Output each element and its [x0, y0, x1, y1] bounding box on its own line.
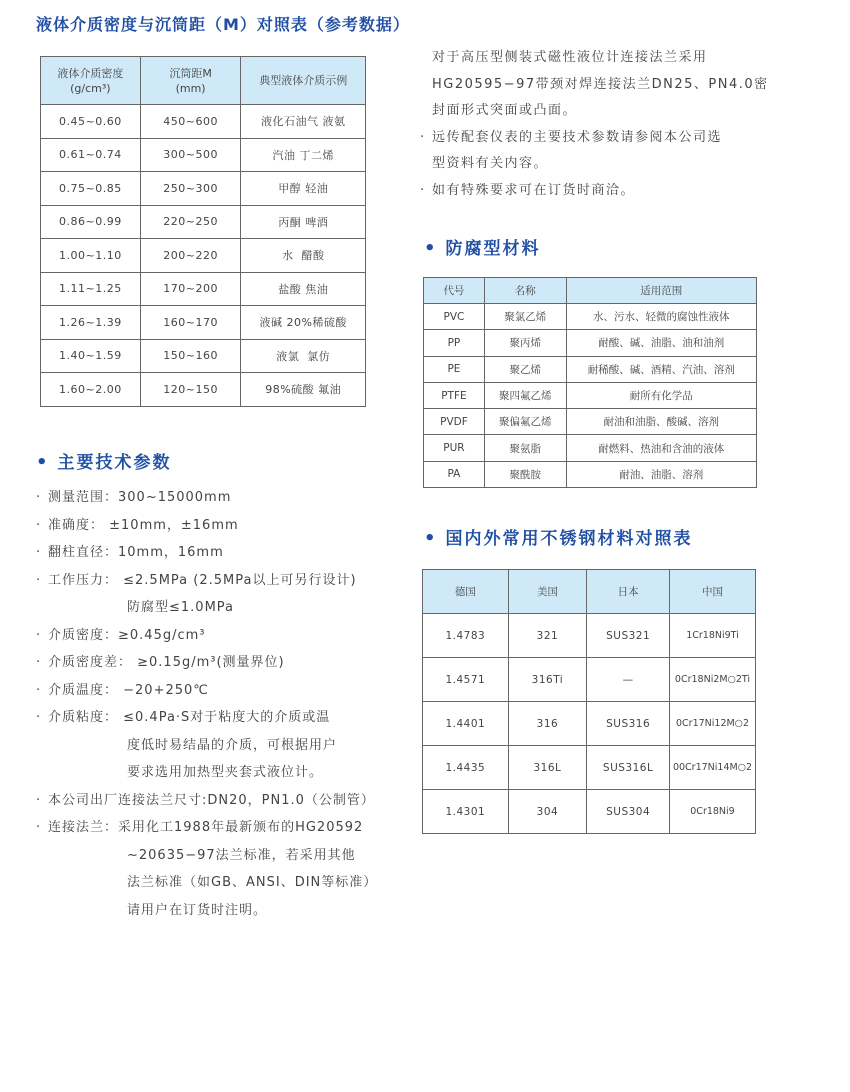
- bullet-icon: •: [36, 452, 50, 473]
- steel-section-title: 国内外常用不锈钢材料对照表: [446, 529, 693, 549]
- right-notes: 对于高压型侧装式磁性液位计连接法兰采用 HG20595−97带颈对焊连接法兰DN…: [420, 48, 800, 207]
- cell-scope: 耐酸、碱、油脂、油和油剂: [566, 330, 756, 356]
- density-table: 液体介质密度 (g/cm³) 沉筒距M (mm) 典型液体介质示例 0.45~0…: [40, 56, 366, 407]
- cell-code: PP: [424, 330, 485, 356]
- table-row: 1.60~2.00120~15098%硫酸 氟油: [41, 373, 366, 407]
- anti-section-title: 防腐型材料: [446, 239, 541, 259]
- table-row: 0.61~0.74300~500汽油 丁二烯: [41, 138, 366, 172]
- table-row: PVDF聚偏氟乙烯耐油和油脂、酸碱、溶剂: [424, 409, 757, 435]
- table-row: 1.26~1.39160~170液碱 20%稀硫酸: [41, 306, 366, 340]
- table-row: 1.4571316Ti—0Cr18Ni2M○2Ti: [423, 658, 756, 702]
- header-japan: 日本: [587, 570, 670, 614]
- cell-usa: 304: [508, 790, 587, 834]
- density-table-header: 液体介质密度 (g/cm³) 沉筒距M (mm) 典型液体介质示例: [41, 57, 366, 105]
- cell-example: 甲醇 轻油: [241, 172, 366, 206]
- cell-distance: 220~250: [140, 205, 241, 239]
- cell-code: PUR: [424, 435, 485, 461]
- table-row: 1.40~1.59150~160液氯 氯仿: [41, 339, 366, 373]
- table-row: PTFE聚四氟乙烯耐所有化学品: [424, 382, 757, 408]
- cell-japan: SUS321: [587, 614, 670, 658]
- note-line: ·如有特殊要求可在订货时商洽。: [420, 181, 800, 208]
- param-line: 防腐型≤1.0MPa: [36, 598, 406, 626]
- table-row: 0.45~0.60450~600液化石油气 液氨: [41, 105, 366, 139]
- cell-name: 聚酰胺: [484, 461, 566, 487]
- header-germany: 德国: [423, 570, 509, 614]
- header-example: 典型液体介质示例: [241, 57, 366, 105]
- cell-density: 0.61~0.74: [41, 138, 141, 172]
- param-line: ·介质密度差： ≥0.15g/m³(测量界位): [36, 653, 406, 681]
- param-line: ·连接法兰：采用化工1988年最新颁布的HG20592: [36, 818, 406, 846]
- cell-china: 0Cr17Ni12M○2: [670, 702, 756, 746]
- cell-example: 液化石油气 液氨: [241, 105, 366, 139]
- header-scope: 适用范围: [566, 278, 756, 304]
- cell-density: 1.26~1.39: [41, 306, 141, 340]
- param-line: ·介质粘度： ≤0.4Pa·S对于粘度大的介质或温: [36, 708, 406, 736]
- cell-usa: 316L: [508, 746, 587, 790]
- table-row: 1.4401316SUS3160Cr17Ni12M○2: [423, 702, 756, 746]
- cell-code: PVDF: [424, 409, 485, 435]
- param-line: 法兰标准（如GB、ANSI、DIN等标准）: [36, 873, 406, 901]
- cell-example: 水 醋酸: [241, 239, 366, 273]
- params-section-heading: •主要技术参数: [36, 448, 172, 473]
- cell-distance: 250~300: [140, 172, 241, 206]
- cell-usa: 321: [508, 614, 587, 658]
- cell-density: 0.45~0.60: [41, 105, 141, 139]
- anti-corrosion-table: 代号 名称 适用范围 PVC聚氯乙烯水、污水、轻微的腐蚀性液体 PP聚丙烯耐酸、…: [423, 277, 757, 488]
- cell-density: 1.11~1.25: [41, 272, 141, 306]
- note-line: ·远传配套仪表的主要技术参数请参阅本公司选: [420, 128, 800, 155]
- param-line: ·测量范围：300~15000mm: [36, 488, 406, 516]
- cell-example: 98%硫酸 氟油: [241, 373, 366, 407]
- param-line: 度低时易结晶的介质，可根据用户: [36, 736, 406, 764]
- param-line: ·工作压力： ≤2.5MPa (2.5MPa以上可另行设计): [36, 571, 406, 599]
- param-line: ·翻柱直径：10mm，16mm: [36, 543, 406, 571]
- note-line: 封面形式突面或凸面。: [420, 101, 800, 128]
- param-line: 请用户在订货时注明。: [36, 901, 406, 929]
- param-line: ~20635−97法兰标准，若采用其他: [36, 846, 406, 874]
- cell-density: 0.86~0.99: [41, 205, 141, 239]
- cell-code: PA: [424, 461, 485, 487]
- table-row: 0.75~0.85250~300甲醇 轻油: [41, 172, 366, 206]
- header-usa: 美国: [508, 570, 587, 614]
- note-line: HG20595−97带颈对焊连接法兰DN25、PN4.0密: [420, 75, 800, 102]
- cell-example: 汽油 丁二烯: [241, 138, 366, 172]
- cell-china: 0Cr18Ni9: [670, 790, 756, 834]
- table-row: 1.00~1.10200~220水 醋酸: [41, 239, 366, 273]
- bullet-icon: •: [424, 528, 438, 549]
- params-list: ·测量范围：300~15000mm ·准确度： ±10mm，±16mm ·翻柱直…: [36, 488, 406, 928]
- cell-example: 丙酮 啤酒: [241, 205, 366, 239]
- cell-china: 1Cr18Ni9Ti: [670, 614, 756, 658]
- table-row: 0.86~0.99220~250丙酮 啤酒: [41, 205, 366, 239]
- cell-distance: 170~200: [140, 272, 241, 306]
- cell-germany: 1.4783: [423, 614, 509, 658]
- cell-density: 1.60~2.00: [41, 373, 141, 407]
- steel-section-heading: •国内外常用不锈钢材料对照表: [424, 524, 693, 549]
- table-row: 1.11~1.25170~200盐酸 焦油: [41, 272, 366, 306]
- cell-distance: 200~220: [140, 239, 241, 273]
- cell-germany: 1.4435: [423, 746, 509, 790]
- cell-usa: 316Ti: [508, 658, 587, 702]
- anti-section-heading: •防腐型材料: [424, 234, 541, 259]
- note-line: 对于高压型侧装式磁性液位计连接法兰采用: [420, 48, 800, 75]
- param-line: ·准确度： ±10mm，±16mm: [36, 516, 406, 544]
- cell-example: 液氯 氯仿: [241, 339, 366, 373]
- cell-code: PE: [424, 356, 485, 382]
- note-line: 型资料有关内容。: [420, 154, 800, 181]
- cell-distance: 120~150: [140, 373, 241, 407]
- table-row: PVC聚氯乙烯水、污水、轻微的腐蚀性液体: [424, 304, 757, 330]
- cell-name: 聚氨脂: [484, 435, 566, 461]
- cell-scope: 耐所有化学品: [566, 382, 756, 408]
- param-line: ·介质密度：≥0.45g/cm³: [36, 626, 406, 654]
- cell-name: 聚四氟乙烯: [484, 382, 566, 408]
- cell-density: 0.75~0.85: [41, 172, 141, 206]
- table-row: PA聚酰胺耐油、油脂、溶剂: [424, 461, 757, 487]
- cell-germany: 1.4571: [423, 658, 509, 702]
- cell-china: 00Cr17Ni14M○2: [670, 746, 756, 790]
- cell-example: 液碱 20%稀硫酸: [241, 306, 366, 340]
- cell-scope: 耐燃料、热油和含油的液体: [566, 435, 756, 461]
- bullet-icon: •: [424, 238, 438, 259]
- cell-name: 聚乙烯: [484, 356, 566, 382]
- header-china: 中国: [670, 570, 756, 614]
- cell-name: 聚丙烯: [484, 330, 566, 356]
- anti-table-header: 代号 名称 适用范围: [424, 278, 757, 304]
- cell-distance: 160~170: [140, 306, 241, 340]
- params-section-title: 主要技术参数: [58, 453, 172, 473]
- cell-scope: 耐油和油脂、酸碱、溶剂: [566, 409, 756, 435]
- cell-distance: 300~500: [140, 138, 241, 172]
- cell-usa: 316: [508, 702, 587, 746]
- cell-japan: SUS316: [587, 702, 670, 746]
- stainless-steel-table: 德国 美国 日本 中国 1.4783321SUS3211Cr18Ni9Ti 1.…: [422, 569, 756, 834]
- table-row: PE聚乙烯耐稀酸、碱、酒精、汽油、溶剂: [424, 356, 757, 382]
- cell-example: 盐酸 焦油: [241, 272, 366, 306]
- header-density: 液体介质密度 (g/cm³): [41, 57, 141, 105]
- cell-japan: SUS304: [587, 790, 670, 834]
- cell-name: 聚偏氟乙烯: [484, 409, 566, 435]
- table-row: PUR聚氨脂耐燃料、热油和含油的液体: [424, 435, 757, 461]
- param-line: ·介质温度： −20+250℃: [36, 681, 406, 709]
- table-row: 1.4783321SUS3211Cr18Ni9Ti: [423, 614, 756, 658]
- cell-germany: 1.4301: [423, 790, 509, 834]
- steel-table-header: 德国 美国 日本 中国: [423, 570, 756, 614]
- header-code: 代号: [424, 278, 485, 304]
- cell-japan: SUS316L: [587, 746, 670, 790]
- param-line: ·本公司出厂连接法兰尺寸:DN20，PN1.0（公制管）: [36, 791, 406, 819]
- cell-density: 1.00~1.10: [41, 239, 141, 273]
- cell-china: 0Cr18Ni2M○2Ti: [670, 658, 756, 702]
- cell-distance: 450~600: [140, 105, 241, 139]
- header-name: 名称: [484, 278, 566, 304]
- cell-scope: 水、污水、轻微的腐蚀性液体: [566, 304, 756, 330]
- table-row: 1.4301304SUS3040Cr18Ni9: [423, 790, 756, 834]
- cell-density: 1.40~1.59: [41, 339, 141, 373]
- cell-distance: 150~160: [140, 339, 241, 373]
- page-title: 液体介质密度与沉筒距（M）对照表（参考数据）: [36, 12, 410, 35]
- cell-code: PVC: [424, 304, 485, 330]
- cell-code: PTFE: [424, 382, 485, 408]
- table-row: PP聚丙烯耐酸、碱、油脂、油和油剂: [424, 330, 757, 356]
- header-distance: 沉筒距M (mm): [140, 57, 241, 105]
- cell-japan: —: [587, 658, 670, 702]
- cell-germany: 1.4401: [423, 702, 509, 746]
- cell-scope: 耐油、油脂、溶剂: [566, 461, 756, 487]
- param-line: 要求选用加热型夹套式液位计。: [36, 763, 406, 791]
- table-row: 1.4435316LSUS316L00Cr17Ni14M○2: [423, 746, 756, 790]
- cell-name: 聚氯乙烯: [484, 304, 566, 330]
- cell-scope: 耐稀酸、碱、酒精、汽油、溶剂: [566, 356, 756, 382]
